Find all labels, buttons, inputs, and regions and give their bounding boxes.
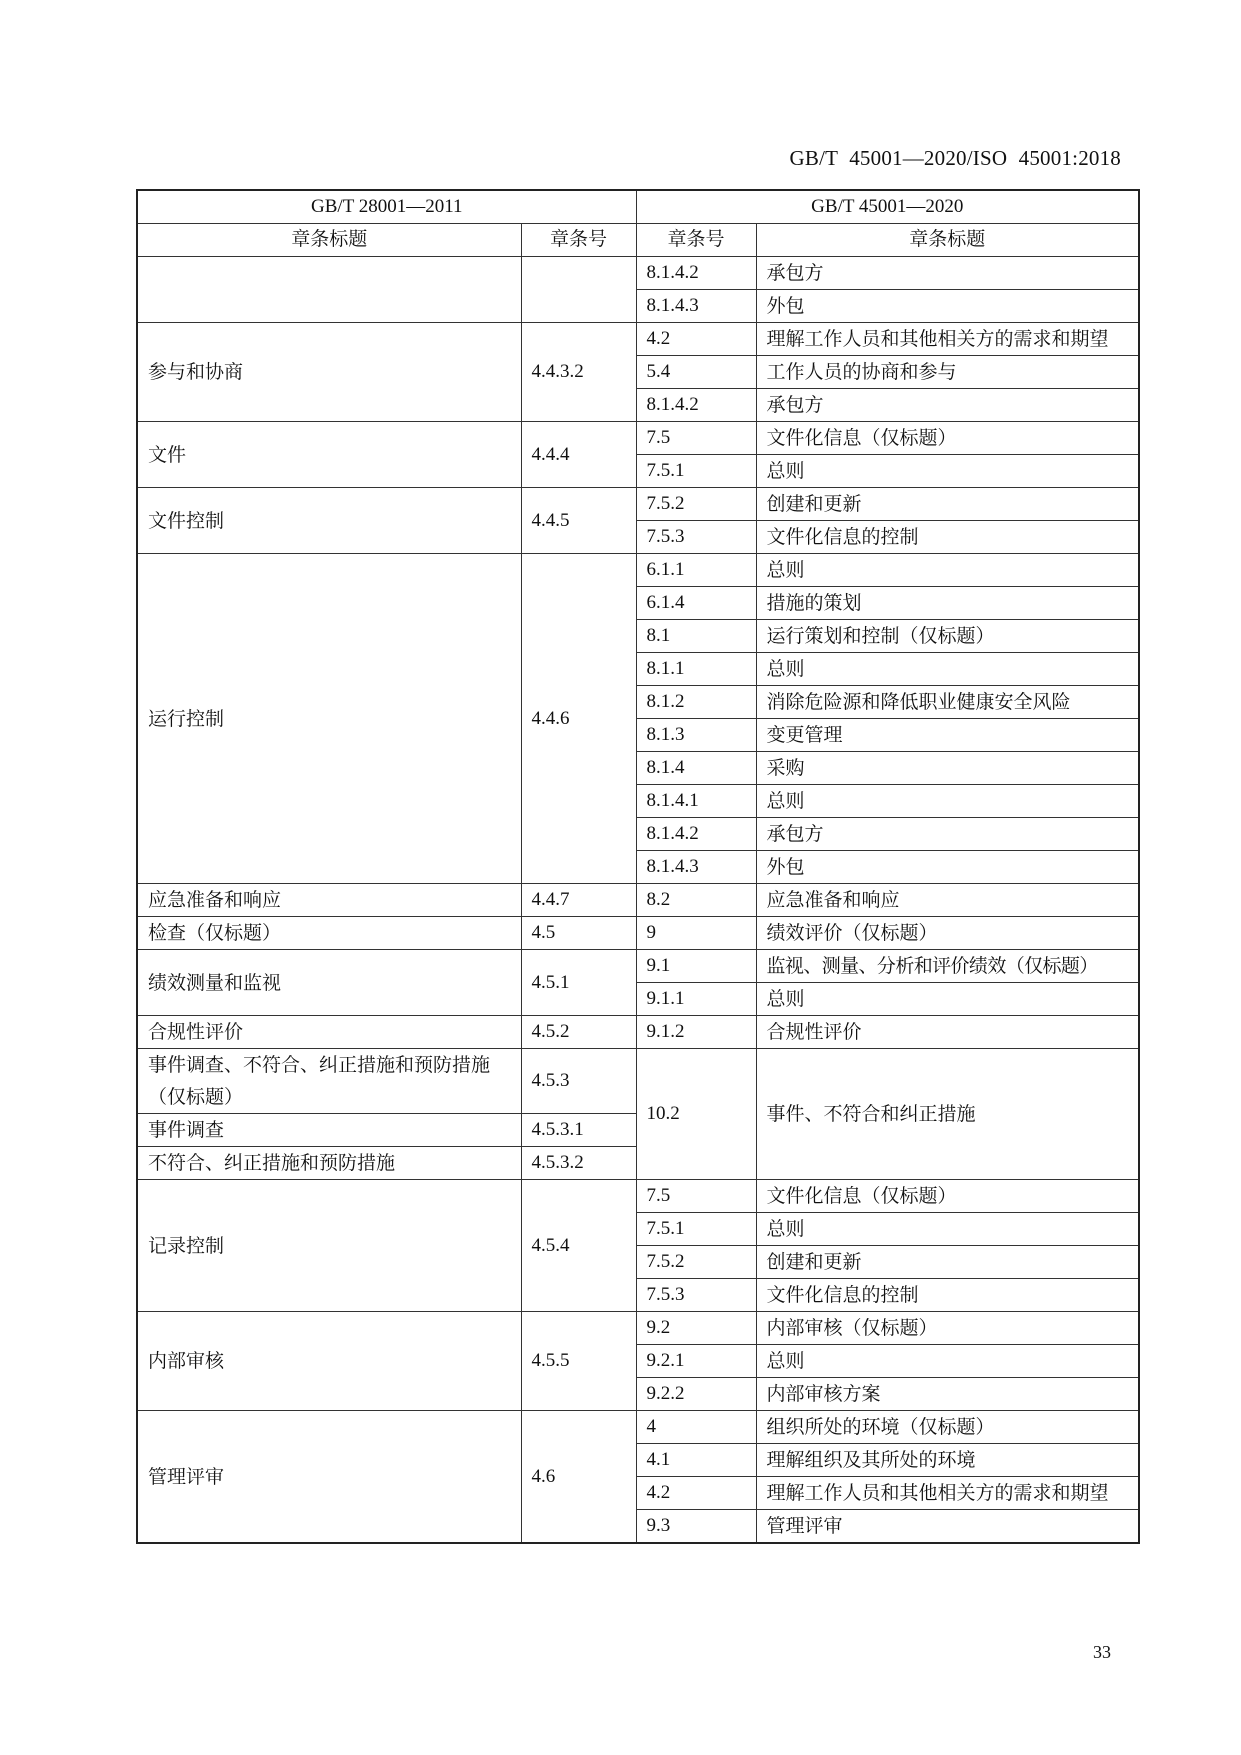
old-clause-cell [521, 257, 636, 323]
new-title-cell: 措施的策划 [756, 587, 1139, 620]
new-clause-cell: 8.1 [636, 620, 756, 653]
old-clause-cell: 4.5.3.1 [521, 1114, 636, 1147]
table-row: 合规性评价 4.5.2 9.1.2 合规性评价 [137, 1016, 1139, 1049]
new-clause-cell: 8.1.2 [636, 686, 756, 719]
new-clause-cell: 9.3 [636, 1510, 756, 1544]
new-clause-cell: 4.2 [636, 323, 756, 356]
table-row: 文件控制 4.4.5 7.5.2 创建和更新 [137, 488, 1139, 521]
old-title-cell: 记录控制 [137, 1180, 521, 1312]
new-clause-cell: 7.5.3 [636, 1279, 756, 1312]
new-title-cell: 总则 [756, 1213, 1139, 1246]
new-clause-cell: 8.1.3 [636, 719, 756, 752]
new-clause-cell: 5.4 [636, 356, 756, 389]
new-title-cell: 总则 [756, 983, 1139, 1016]
new-clause-cell: 9 [636, 917, 756, 950]
page-number: 33 [1093, 1642, 1111, 1663]
new-title-cell: 绩效评价（仅标题） [756, 917, 1139, 950]
new-clause-cell: 9.2 [636, 1312, 756, 1345]
new-clause-cell: 6.1.1 [636, 554, 756, 587]
new-title-cell: 组织所处的环境（仅标题） [756, 1411, 1139, 1444]
new-clause-header: 章条号 [636, 224, 756, 257]
old-clause-cell: 4.4.4 [521, 422, 636, 488]
table-row: 文件 4.4.4 7.5 文件化信息（仅标题） [137, 422, 1139, 455]
table-row: 检查（仅标题） 4.5 9 绩效评价（仅标题） [137, 917, 1139, 950]
old-clause-cell: 4.5.1 [521, 950, 636, 1016]
new-clause-cell: 9.2.2 [636, 1378, 756, 1411]
new-title-cell: 文件化信息（仅标题） [756, 1180, 1139, 1213]
old-clause-cell: 4.4.3.2 [521, 323, 636, 422]
new-title-cell: 理解工作人员和其他相关方的需求和期望 [756, 1477, 1139, 1510]
old-title-cell: 检查（仅标题） [137, 917, 521, 950]
new-title-cell: 理解组织及其所处的环境 [756, 1444, 1139, 1477]
group-header-row: GB/T 28001—2011 GB/T 45001—2020 [137, 190, 1139, 224]
new-title-cell: 总则 [756, 653, 1139, 686]
new-clause-cell: 4.1 [636, 1444, 756, 1477]
old-clause-cell: 4.5.3.2 [521, 1147, 636, 1180]
new-title-cell: 总则 [756, 455, 1139, 488]
new-title-cell: 创建和更新 [756, 488, 1139, 521]
new-clause-cell: 7.5 [636, 1180, 756, 1213]
old-title-cell: 管理评审 [137, 1411, 521, 1544]
new-clause-cell: 8.1.4.2 [636, 818, 756, 851]
table-row: 8.1.4.2 承包方 [137, 257, 1139, 290]
new-title-header: 章条标题 [756, 224, 1139, 257]
table-row: 绩效测量和监视 4.5.1 9.1 监视、测量、分析和评价绩效（仅标题） [137, 950, 1139, 983]
new-clause-cell: 9.1 [636, 950, 756, 983]
old-clause-cell: 4.6 [521, 1411, 636, 1544]
new-clause-cell: 8.1.4.2 [636, 389, 756, 422]
new-title-cell: 监视、测量、分析和评价绩效（仅标题） [756, 950, 1139, 983]
table-row: 记录控制 4.5.4 7.5 文件化信息（仅标题） [137, 1180, 1139, 1213]
old-clause-cell: 4.5.5 [521, 1312, 636, 1411]
old-standard-header: GB/T 28001—2011 [137, 190, 636, 224]
new-title-cell: 文件化信息的控制 [756, 1279, 1139, 1312]
clause-correspondence-table: GB/T 28001—2011 GB/T 45001—2020 章条标题 章条号… [136, 189, 1140, 1544]
old-title-cell: 运行控制 [137, 554, 521, 884]
new-title-cell: 承包方 [756, 389, 1139, 422]
new-title-cell: 总则 [756, 1345, 1139, 1378]
table-row: 应急准备和响应 4.4.7 8.2 应急准备和响应 [137, 884, 1139, 917]
old-clause-cell: 4.5.4 [521, 1180, 636, 1312]
new-clause-cell: 7.5.3 [636, 521, 756, 554]
new-clause-cell: 7.5.1 [636, 1213, 756, 1246]
new-title-cell: 内部审核（仅标题） [756, 1312, 1139, 1345]
new-title-cell: 文件化信息（仅标题） [756, 422, 1139, 455]
new-clause-cell: 7.5.2 [636, 488, 756, 521]
old-title-cell: 不符合、纠正措施和预防措施 [137, 1147, 521, 1180]
new-title-cell: 运行策划和控制（仅标题） [756, 620, 1139, 653]
new-title-cell: 文件化信息的控制 [756, 521, 1139, 554]
new-title-cell: 采购 [756, 752, 1139, 785]
new-clause-cell: 8.1.4.2 [636, 257, 756, 290]
new-title-cell: 内部审核方案 [756, 1378, 1139, 1411]
new-standard-header: GB/T 45001—2020 [636, 190, 1139, 224]
new-clause-cell: 7.5.1 [636, 455, 756, 488]
old-clause-cell: 4.5.3 [521, 1049, 636, 1114]
old-title-cell: 绩效测量和监视 [137, 950, 521, 1016]
new-title-cell: 工作人员的协商和参与 [756, 356, 1139, 389]
new-title-cell: 总则 [756, 554, 1139, 587]
old-title-cell: 事件调查、不符合、纠正措施和预防措施（仅标题） [137, 1049, 521, 1114]
new-clause-cell: 8.1.4.3 [636, 290, 756, 323]
new-title-cell: 外包 [756, 851, 1139, 884]
old-title-cell: 事件调查 [137, 1114, 521, 1147]
old-clause-cell: 4.5 [521, 917, 636, 950]
new-clause-cell: 4 [636, 1411, 756, 1444]
old-title-cell: 参与和协商 [137, 323, 521, 422]
table-row: 管理评审 4.6 4 组织所处的环境（仅标题） [137, 1411, 1139, 1444]
old-title-cell: 文件 [137, 422, 521, 488]
new-title-cell: 外包 [756, 290, 1139, 323]
new-clause-cell: 7.5.2 [636, 1246, 756, 1279]
old-title-cell: 内部审核 [137, 1312, 521, 1411]
new-title-cell: 变更管理 [756, 719, 1139, 752]
new-clause-cell: 8.1.4.3 [636, 851, 756, 884]
old-title-cell [137, 257, 521, 323]
new-clause-cell: 8.1.1 [636, 653, 756, 686]
old-clause-cell: 4.5.2 [521, 1016, 636, 1049]
new-clause-cell: 8.2 [636, 884, 756, 917]
new-clause-cell: 8.1.4 [636, 752, 756, 785]
new-title-cell: 理解工作人员和其他相关方的需求和期望 [756, 323, 1139, 356]
new-title-cell: 消除危险源和降低职业健康安全风险 [756, 686, 1139, 719]
old-title-cell: 合规性评价 [137, 1016, 521, 1049]
old-clause-cell: 4.4.6 [521, 554, 636, 884]
old-title-header: 章条标题 [137, 224, 521, 257]
old-clause-cell: 4.4.5 [521, 488, 636, 554]
table-row: 运行控制 4.4.6 6.1.1 总则 [137, 554, 1139, 587]
new-title-cell: 合规性评价 [756, 1016, 1139, 1049]
new-title-cell: 总则 [756, 785, 1139, 818]
table-row: 内部审核 4.5.5 9.2 内部审核（仅标题） [137, 1312, 1139, 1345]
old-title-cell: 文件控制 [137, 488, 521, 554]
new-title-cell: 管理评审 [756, 1510, 1139, 1544]
table-row: 参与和协商 4.4.3.2 4.2 理解工作人员和其他相关方的需求和期望 [137, 323, 1139, 356]
new-title-cell: 承包方 [756, 818, 1139, 851]
table-row: 事件调查、不符合、纠正措施和预防措施（仅标题） 4.5.3 10.2 事件、不符… [137, 1049, 1139, 1114]
new-clause-cell: 8.1.4.1 [636, 785, 756, 818]
new-clause-cell: 9.1.2 [636, 1016, 756, 1049]
new-clause-cell: 4.2 [636, 1477, 756, 1510]
new-title-cell: 承包方 [756, 257, 1139, 290]
column-header-row: 章条标题 章条号 章条号 章条标题 [137, 224, 1139, 257]
new-title-cell: 创建和更新 [756, 1246, 1139, 1279]
new-clause-cell: 10.2 [636, 1049, 756, 1180]
old-title-cell: 应急准备和响应 [137, 884, 521, 917]
old-clause-cell: 4.4.7 [521, 884, 636, 917]
old-clause-header: 章条号 [521, 224, 636, 257]
running-header: GB/T 45001—2020/ISO 45001:2018 [790, 146, 1121, 171]
new-title-cell: 应急准备和响应 [756, 884, 1139, 917]
new-title-cell: 事件、不符合和纠正措施 [756, 1049, 1139, 1180]
new-clause-cell: 9.1.1 [636, 983, 756, 1016]
new-clause-cell: 7.5 [636, 422, 756, 455]
new-clause-cell: 9.2.1 [636, 1345, 756, 1378]
new-clause-cell: 6.1.4 [636, 587, 756, 620]
